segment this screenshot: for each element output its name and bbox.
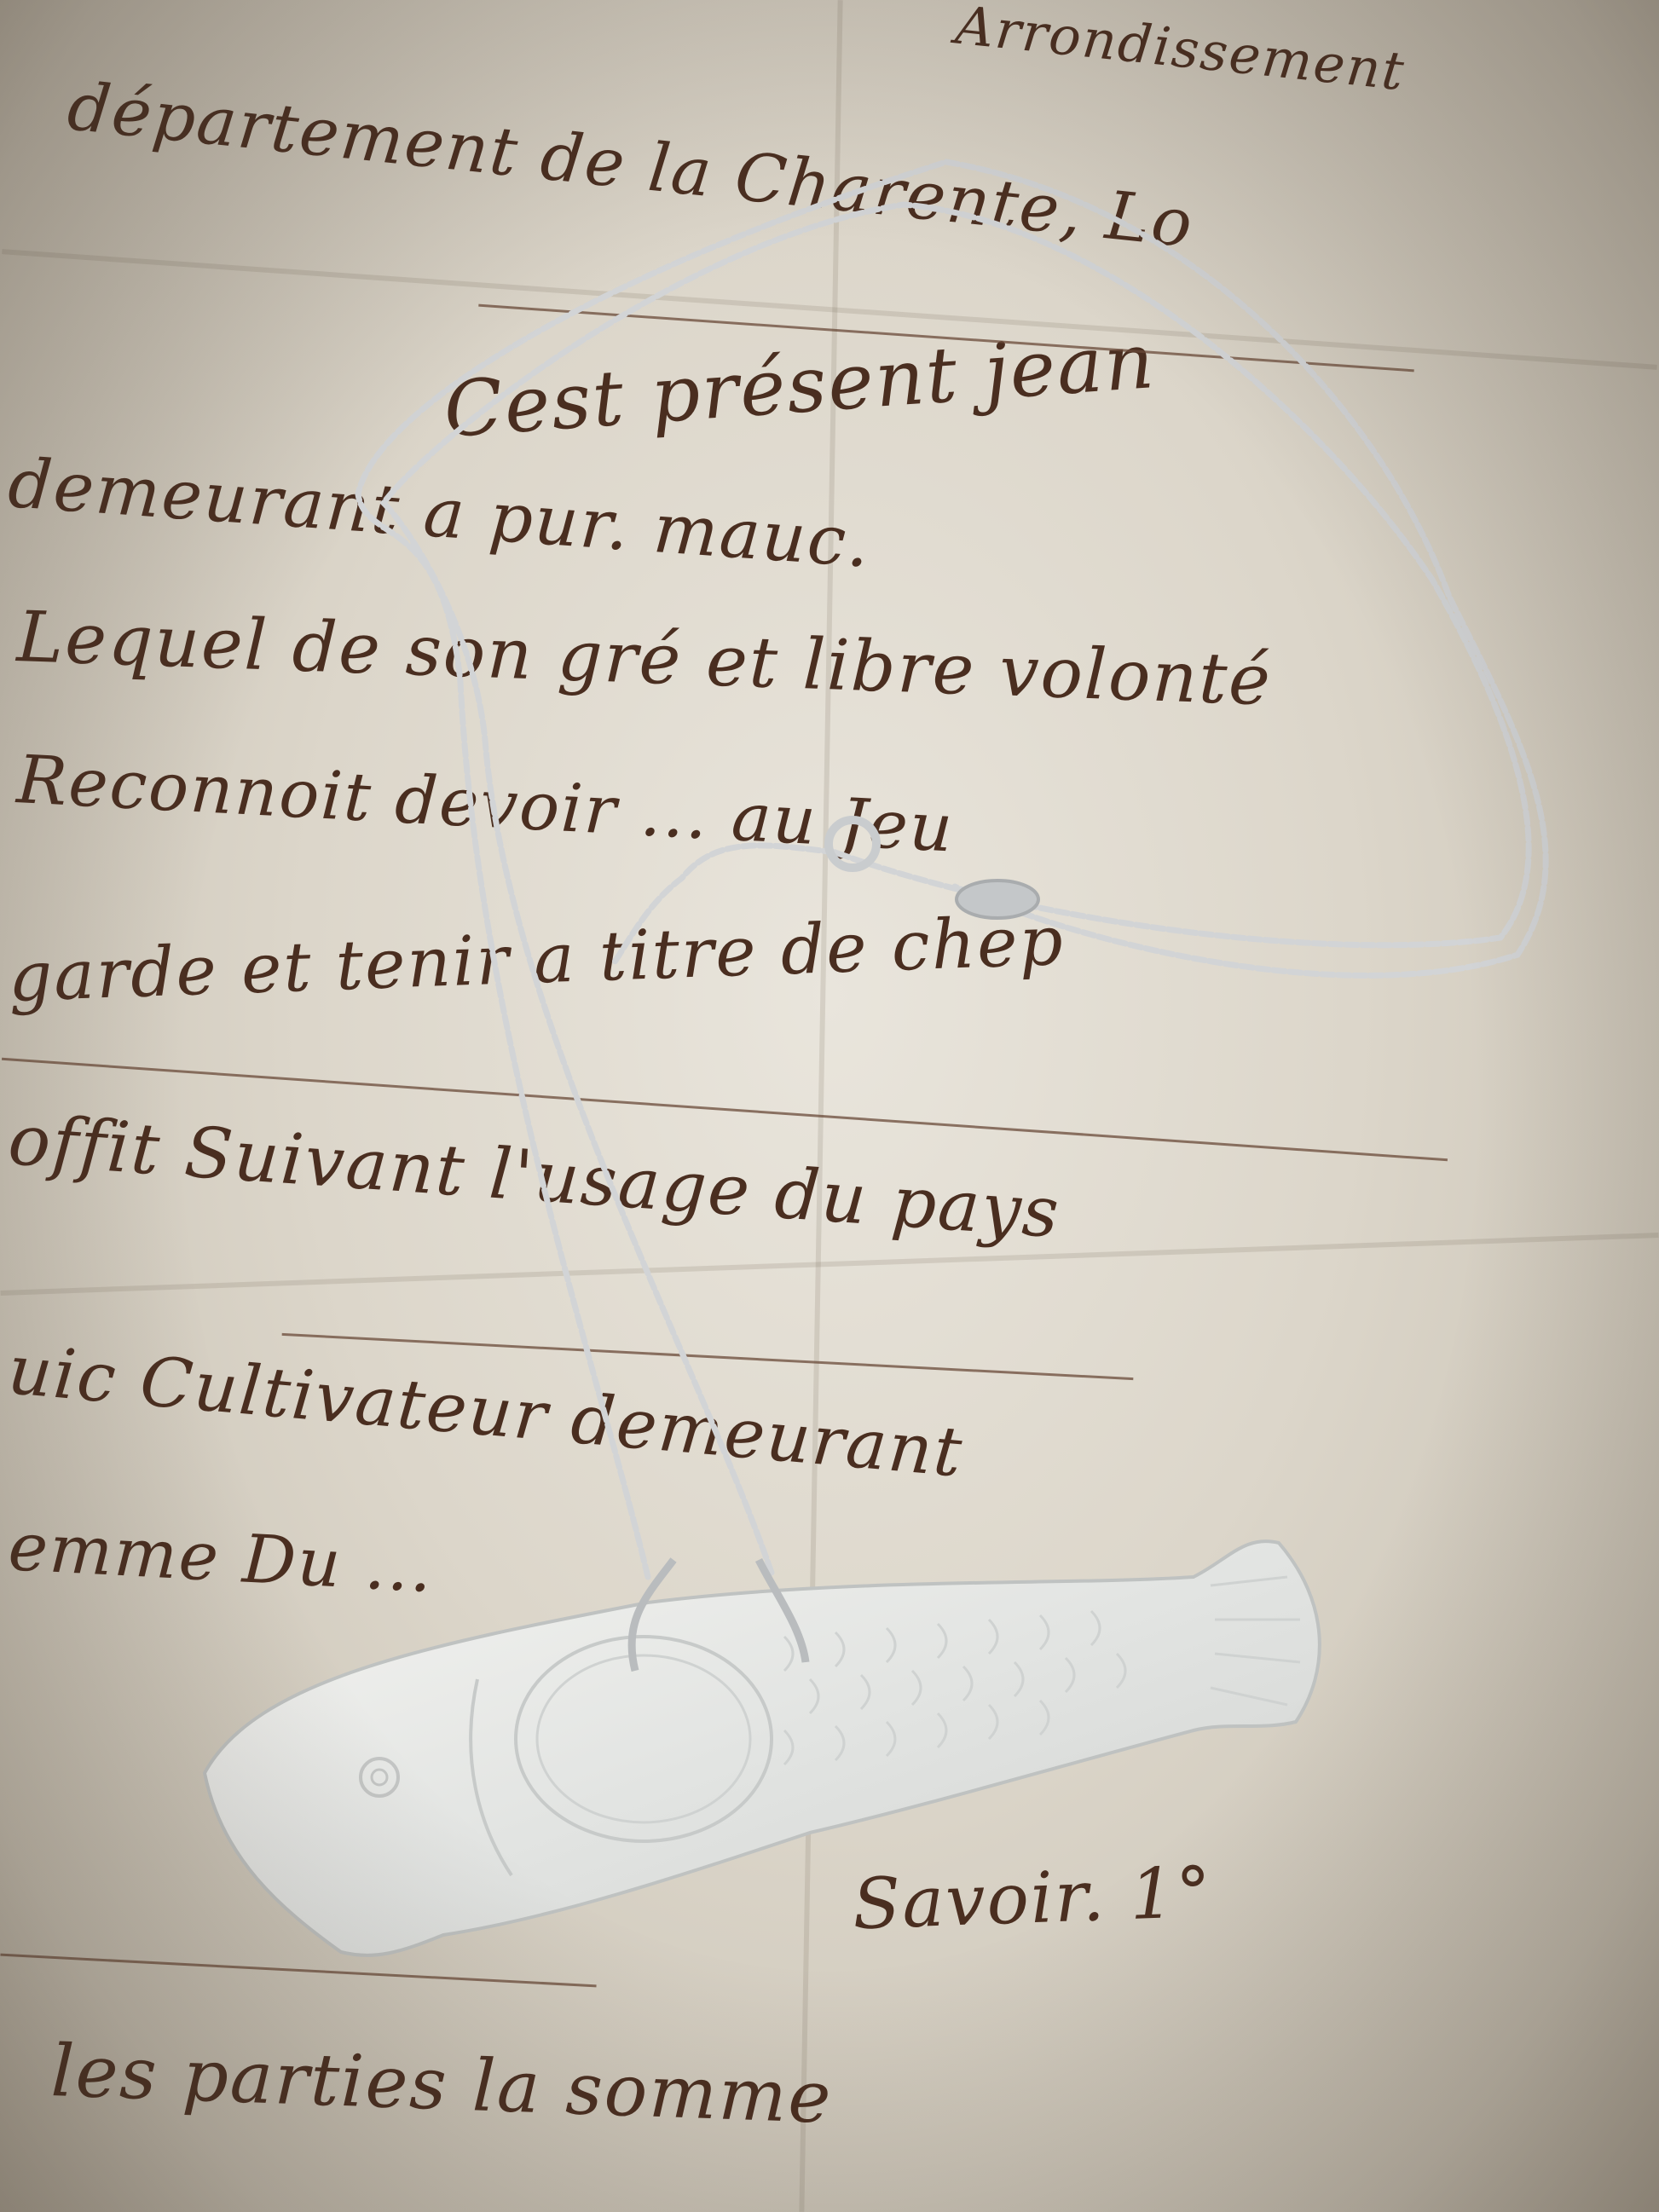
fish-pendant (205, 1541, 1320, 1955)
photo-scene: Arrondissement département de la Charent… (0, 0, 1659, 2212)
spring-ring-clasp (829, 820, 1038, 918)
silver-chain (358, 162, 1546, 1577)
necklace-illustration (0, 0, 1659, 2212)
